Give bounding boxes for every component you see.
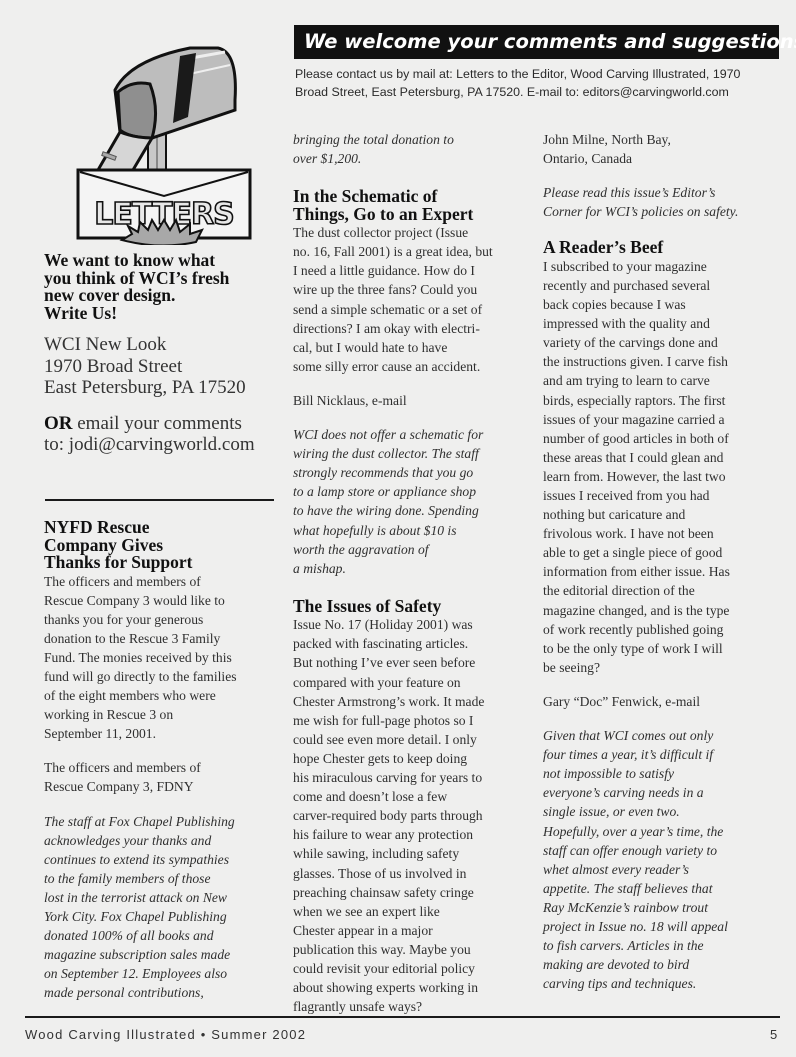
footer-publication: Wood Carving Illustrated • Summer 2002	[25, 1027, 306, 1042]
reply-line: Please read this issue’s Editor’s	[543, 183, 778, 202]
body-line: carver-required body parts through	[293, 806, 533, 825]
body-line: could see even more detail. I only	[293, 730, 533, 749]
body-line: his failure to wear any protection	[293, 825, 533, 844]
body-line: able to get a single piece of good	[543, 543, 778, 562]
reply-line: worth the aggravation of	[293, 540, 533, 559]
body-line: birds, especially raptors. The first	[543, 391, 778, 410]
body-line: Issue No. 17 (Holiday 2001) was	[293, 615, 533, 634]
reply-line: magazine subscription sales made	[44, 945, 284, 964]
reply-line: wiring the dust collector. The staff	[293, 444, 533, 463]
body-line: issues of your magazine carried a	[543, 410, 778, 429]
body-line: working in Rescue 3 on	[44, 705, 284, 724]
heading-line: Things, Go to an Expert	[293, 206, 533, 224]
mailing-address: WCI New Look 1970 Broad Street East Pete…	[44, 334, 276, 399]
body-line: of the eight members who were	[44, 686, 284, 705]
body-line: flagrantly unsafe ways?	[293, 997, 533, 1016]
body-line: packed with fascinating articles.	[293, 634, 533, 653]
reply-line: making are devoted to bird	[543, 955, 778, 974]
body-line: when we see an expert like	[293, 902, 533, 921]
address-line: 1970 Broad Street	[44, 356, 276, 378]
body-line: fund will go directly to the families	[44, 667, 284, 686]
editor-reply: Please read this issue’s Editor’s Corner…	[543, 183, 778, 221]
letter-nyfd: NYFD Rescue Company Gives Thanks for Sup…	[44, 519, 284, 1002]
contact-info: Please contact us by mail at: Letters to…	[295, 65, 775, 101]
reply-line: acknowledges your thanks and	[44, 831, 284, 850]
body-line: glasses. Those of us involved in	[293, 864, 533, 883]
reply-line: lost in the terrorist attack on New	[44, 888, 284, 907]
letter-heading: A Reader’s Beef	[543, 239, 778, 257]
reply-line: to have the wiring done. Spending	[293, 501, 533, 520]
reply-line: over $1,200.	[293, 149, 533, 168]
body-line: hope Chester gets to keep doing	[293, 749, 533, 768]
reply-line: to the family members of those	[44, 869, 284, 888]
body-line: the editorial direction of the	[543, 581, 778, 600]
body-line: September 11, 2001.	[44, 724, 284, 743]
body-line: But nothing I’ve ever seen before	[293, 653, 533, 672]
reply-line: carving tips and techniques.	[543, 974, 778, 993]
reply-line: Ray McKenzie’s rainbow trout	[543, 898, 778, 917]
reply-line: what hopefully is about $10 is	[293, 521, 533, 540]
signature-line: Ontario, Canada	[543, 149, 778, 168]
body-line: Rescue Company 3 would like to	[44, 591, 284, 610]
signature-line: Rescue Company 3, FDNY	[44, 777, 284, 796]
body-line: be seeing?	[543, 658, 778, 677]
promo-heading-line: We want to know what	[44, 252, 276, 270]
body-line: preaching chainsaw safety cringe	[293, 883, 533, 902]
promo-heading-line: Write Us!	[44, 305, 276, 323]
body-line: to be the only type of work I will	[543, 639, 778, 658]
reply-line: everyone’s carving needs in a	[543, 783, 778, 802]
body-line: learn from. However, the last two	[543, 467, 778, 486]
letter-signature: Gary “Doc” Fenwick, e-mail	[543, 692, 778, 711]
body-line: back copies because I was	[543, 295, 778, 314]
body-line: wire up the three fans? Could you	[293, 280, 533, 299]
letter-body: The officers and members of Rescue Compa…	[44, 572, 284, 744]
section-divider	[45, 499, 274, 501]
reply-line: to a lamp store or appliance shop	[293, 482, 533, 501]
body-line: The dust collector project (Issue	[293, 223, 533, 242]
reply-line: appetite. The staff believes that	[543, 879, 778, 898]
footer-divider	[25, 1016, 780, 1018]
reply-line: Given that WCI comes out only	[543, 726, 778, 745]
reply-line: four times a year, it’s difficult if	[543, 745, 778, 764]
body-line: impressed with the quality and	[543, 314, 778, 333]
body-line: his miraculous carving for years to	[293, 768, 533, 787]
heading-line: Thanks for Support	[44, 554, 284, 572]
reply-line: The staff at Fox Chapel Publishing	[44, 812, 284, 831]
body-line: nothing but caricature and	[543, 505, 778, 524]
promo-heading-line: new cover design.	[44, 287, 276, 305]
reply-line: project in Issue no. 18 will appeal	[543, 917, 778, 936]
body-line: number of good articles in both of	[543, 429, 778, 448]
body-line: could revisit your editorial policy	[293, 959, 533, 978]
reply-line: Hopefully, over a year’s time, the	[543, 822, 778, 841]
letter-signature: John Milne, North Bay, Ontario, Canada	[543, 130, 778, 168]
reply-line: strongly recommends that you go	[293, 463, 533, 482]
email-text: email your comments	[73, 413, 242, 434]
email-instruction: OR email your comments to: jodi@carvingw…	[44, 413, 276, 456]
body-line: and am trying to learn to carve	[543, 371, 778, 390]
body-line: these areas that I could glean and	[543, 448, 778, 467]
body-line: Fund. The monies received by this	[44, 648, 284, 667]
body-line: thanks you for your generous	[44, 610, 284, 629]
body-line: some silly error cause an accident.	[293, 357, 533, 376]
editor-reply: Given that WCI comes out only four times…	[543, 726, 778, 993]
body-line: directions? I am okay with electri-	[293, 319, 533, 338]
body-line: send a simple schematic or a set of	[293, 300, 533, 319]
body-line: information from either issue. Has	[543, 562, 778, 581]
editor-reply: The staff at Fox Chapel Publishing ackno…	[44, 812, 284, 1003]
body-line: me wish for full-page photos so I	[293, 711, 533, 730]
reply-line: York City. Fox Chapel Publishing	[44, 907, 284, 926]
letter-body: The dust collector project (Issue no. 16…	[293, 223, 533, 376]
body-line: frivolous work. I have not been	[543, 524, 778, 543]
reply-line: whet almost every reader’s	[543, 860, 778, 879]
body-line: issues I received from you had	[543, 486, 778, 505]
body-line: cal, but I would hate to have	[293, 338, 533, 357]
letter-body: I subscribed to your magazine recently a…	[543, 257, 778, 677]
letter-body: Issue No. 17 (Holiday 2001) was packed w…	[293, 615, 533, 1016]
reply-line: not impossible to satisfy	[543, 764, 778, 783]
left-column: We want to know what you think of WCI’s …	[44, 252, 276, 456]
body-line: variety of the carvings done and	[543, 333, 778, 352]
page-number: 5	[770, 1027, 777, 1042]
or-label: OR	[44, 413, 73, 434]
body-line: compared with your feature on	[293, 673, 533, 692]
reply-line: single issue, or even two.	[543, 802, 778, 821]
letter-heading: The Issues of Safety	[293, 598, 533, 616]
reply-line: to fish carvers. Articles in the	[543, 936, 778, 955]
body-line: the instructions given. I carve fish	[543, 352, 778, 371]
reply-line: bringing the total donation to	[293, 130, 533, 149]
body-line: recently and purchased several	[543, 276, 778, 295]
body-line: I subscribed to your magazine	[543, 257, 778, 276]
middle-column: bringing the total donation to over $1,2…	[293, 130, 533, 1016]
address-line: WCI New Look	[44, 334, 276, 356]
letter-signature: The officers and members of Rescue Compa…	[44, 758, 284, 796]
body-line: Chester appear in a major	[293, 921, 533, 940]
body-line: about showing experts working in	[293, 978, 533, 997]
body-line: Chester Armstrong’s work. It made	[293, 692, 533, 711]
promo-heading: We want to know what you think of WCI’s …	[44, 252, 276, 322]
right-column: John Milne, North Bay, Ontario, Canada P…	[543, 130, 778, 993]
signature-line: John Milne, North Bay,	[543, 130, 778, 149]
editor-reply: WCI does not offer a schematic for wirin…	[293, 425, 533, 578]
reply-line: donated 100% of all books and	[44, 926, 284, 945]
reply-line: Corner for WCI’s policies on safety.	[543, 202, 778, 221]
banner-title: We welcome your comments and suggestions…	[294, 25, 779, 59]
heading-line: NYFD Rescue	[44, 519, 284, 537]
letter-heading: In the Schematic of Things, Go to an Exp…	[293, 188, 533, 223]
reply-line: staff can offer enough variety to	[543, 841, 778, 860]
address-line: East Petersburg, PA 17520	[44, 377, 276, 399]
reply-line: a mishap.	[293, 559, 533, 578]
email-link[interactable]: to: jodi@carvingworld.com	[44, 434, 276, 456]
body-line: The officers and members of	[44, 572, 284, 591]
body-line: of work recently published going	[543, 620, 778, 639]
body-line: magazine changed, and is the type	[543, 601, 778, 620]
letters-logo: LETTERS	[40, 20, 290, 245]
reply-line: WCI does not offer a schematic for	[293, 425, 533, 444]
reply-line: made personal contributions,	[44, 983, 284, 1002]
editor-reply-continued: bringing the total donation to over $1,2…	[293, 130, 533, 168]
mailbox-icon: LETTERS	[40, 20, 290, 245]
letter-signature: Bill Nicklaus, e-mail	[293, 391, 533, 410]
contact-line: Please contact us by mail at: Letters to…	[295, 65, 775, 83]
letter-heading: NYFD Rescue Company Gives Thanks for Sup…	[44, 519, 284, 572]
reply-line: continues to extend its sympathies	[44, 850, 284, 869]
signature-line: The officers and members of	[44, 758, 284, 777]
body-line: while sawing, including safety	[293, 844, 533, 863]
body-line: no. 16, Fall 2001) is a great idea, but	[293, 242, 533, 261]
body-line: donation to the Rescue 3 Family	[44, 629, 284, 648]
contact-line: Broad Street, East Petersburg, PA 17520.…	[295, 83, 775, 101]
body-line: come and doesn’t lose a few	[293, 787, 533, 806]
body-line: publication this way. Maybe you	[293, 940, 533, 959]
body-line: I need a little guidance. How do I	[293, 261, 533, 280]
reply-line: on September 12. Employees also	[44, 964, 284, 983]
